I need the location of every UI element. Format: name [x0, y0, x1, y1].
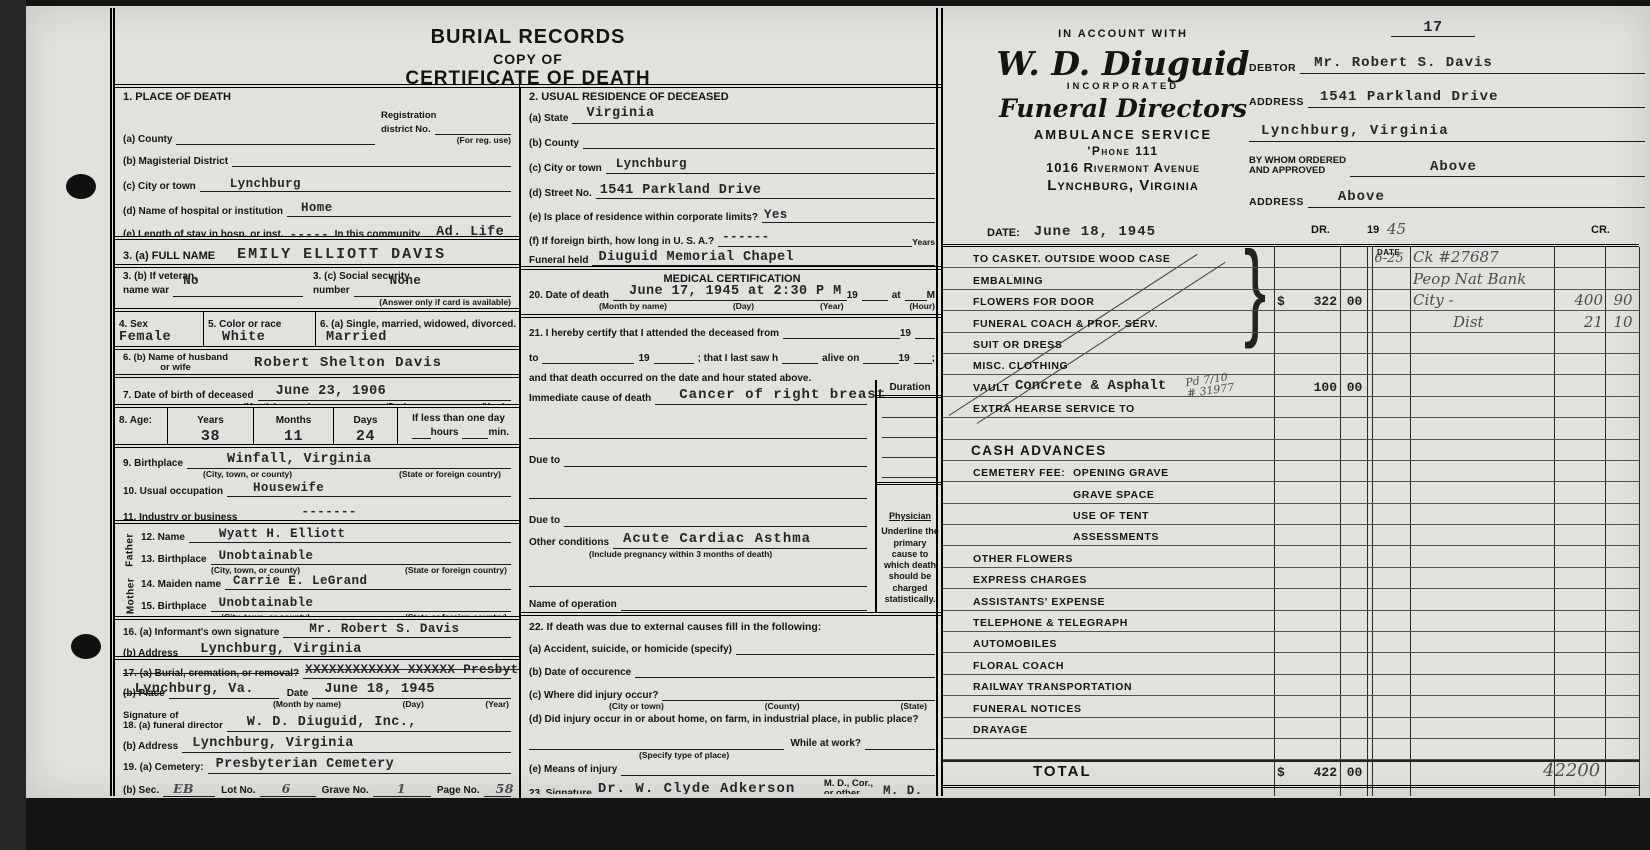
ledger-row-embalming: EMBALMING Peop Nat Bank — [943, 268, 1639, 289]
ledger-row-casket: TO CASKET. OUTSIDE WOOD CASE DATE 6-25 C… — [943, 247, 1639, 268]
ledger-row-suit: SUIT OR DRESS — [943, 333, 1639, 354]
injury-home-label: (d) Did injury occur in or about home, o… — [529, 714, 935, 726]
hand-entry-check: Ck #27687 — [1413, 248, 1553, 266]
section-parents: Father Mother 12. Name Wyatt H. Elliott … — [115, 524, 519, 620]
street-no-value: 1541 Parkland Drive — [600, 183, 762, 198]
ledger-row-cash-advances: CASH ADVANCES — [943, 440, 1639, 461]
mother-name-line: Carrie E. LeGrand — [225, 576, 511, 590]
certify-to-label: to — [529, 353, 538, 365]
scanned-burial-record: { "page_no": "17", "title": {"l1": "BURI… — [0, 0, 1650, 850]
title-copy-of: COPY OF — [115, 51, 941, 67]
vault-typed-value: Concrete & Asphalt — [1015, 378, 1166, 394]
funeral-account-card: 17 IN ACCOUNT WITH W. D. Diuguid INCORPO… — [936, 8, 1650, 796]
ledger-row-flowers: FLOWERS FOR DOOR $ 322 00 City - 400 90 — [943, 290, 1639, 311]
total-label: TOTAL — [1033, 763, 1092, 780]
dod-19: 19 — [847, 290, 858, 302]
debtor-address2-value: Lynchburg, Virginia — [1261, 123, 1449, 139]
ordered-by-line: Above — [1350, 163, 1645, 177]
ledger-table: } TO CASKET. OUTSIDE WOOD CASE DATE 6-25… — [943, 244, 1639, 796]
county-label: (a) County — [123, 134, 172, 146]
hours-line — [412, 425, 431, 439]
debtor-address-value: 1541 Parkland Drive — [1320, 89, 1499, 105]
city-or-town-line: Lynchburg — [200, 178, 511, 192]
min-line — [462, 425, 488, 439]
ledger-row-sublabel: ASSESSMENTS — [1073, 531, 1159, 543]
funeral-director-label: Signature of18. (a) funeral director — [123, 711, 223, 732]
state-value: Virginia — [586, 106, 654, 121]
external-causes-heading: 22. If death was due to external causes … — [529, 621, 935, 633]
certificate-left-column: 1. PLACE OF DEATH (a) County Registratio… — [115, 84, 519, 798]
street-label: 1016 Rivermont Avenue — [983, 160, 1263, 175]
ledger-row-funeral-notices: FUNERAL NOTICES — [943, 696, 1639, 717]
lot-line: 6 — [260, 783, 316, 797]
card-letterhead: IN ACCOUNT WITH W. D. Diuguid INCORPORAT… — [983, 28, 1263, 194]
age-label: 8. Age: — [119, 415, 152, 426]
dod-at: at — [892, 290, 901, 302]
ssn-hint: (Answer only if card is available) — [313, 297, 511, 307]
mother-bp-hint-state: (State or foreign country) — [405, 612, 507, 620]
ledger-row-railway: RAILWAY TRANSPORTATION — [943, 675, 1639, 696]
sec-value: EB — [173, 781, 194, 796]
occupation-value: Housewife — [253, 481, 324, 495]
father-side-label: Father — [124, 533, 135, 567]
age-years-label: Years — [197, 415, 224, 426]
ledger-row-label: TO CASKET. OUTSIDE WOOD CASE — [973, 253, 1170, 265]
while-at-work-line — [865, 736, 935, 750]
city-label: Lynchburg, Virginia — [983, 177, 1263, 194]
dod-hint-hour: (Hour) — [909, 301, 935, 311]
ledger-row-total: TOTAL $ 422 00 42200 — [943, 760, 1639, 788]
ledger-row-label: TELEPHONE & TELEGRAPH — [973, 617, 1128, 629]
burial-hint-year: (Year) — [485, 699, 509, 709]
cemetery-line: Presbyterian Cemetery — [208, 760, 511, 774]
ledger-row-label: AUTOMOBILES — [973, 638, 1057, 650]
duration-line — [882, 438, 938, 458]
ledger-rule — [1639, 247, 1640, 796]
other-extra-line — [529, 573, 867, 587]
full-name-label: 3. (a) FULL NAME — [123, 250, 215, 263]
certify-19c-line — [914, 350, 932, 364]
ledger-row-sublabel: USE OF TENT — [1073, 510, 1149, 522]
marital-value: Married — [326, 330, 516, 345]
dob-value: June 23, 1906 — [276, 384, 387, 399]
ambulance-service-label: AMBULANCE SERVICE — [983, 127, 1263, 142]
res-corporate-line: Yes — [762, 209, 935, 223]
industry-label: 11. Industry or business — [123, 512, 237, 524]
other-conditions-line: Acute Cardiac Asthma — [613, 535, 867, 549]
father-name-label: 12. Name — [141, 532, 185, 544]
fd-address-value: Lynchburg, Virginia — [192, 736, 354, 751]
pageno-label: Page No. — [437, 785, 480, 797]
father-birthplace-line: Unobtainable — [211, 551, 511, 565]
ledger-row-label: OTHER FLOWERS — [973, 553, 1073, 565]
cause-extra-line — [529, 425, 867, 439]
sex-label: 4. Sex — [119, 319, 148, 330]
funeral-director-line: W. D. Diuguid, Inc., — [227, 718, 511, 732]
section-sex-race-marital: 4. Sex Female 5. Color or race White 6. … — [115, 312, 519, 350]
for-reg-use-hint: (For reg. use) — [381, 135, 511, 145]
burial-line: XXXXXXXXXXXX XXXXXX Presbyterian — [303, 665, 511, 679]
ledger-row-automobiles: AUTOMOBILES — [943, 632, 1639, 653]
injury-hint-state: (State) — [901, 701, 927, 711]
ledger-row-floral-coach: FLORAL COACH — [943, 653, 1639, 674]
district-no-label: district No. — [381, 125, 431, 135]
total-cents: 00 — [1342, 765, 1367, 780]
industry-line: ------- — [241, 509, 511, 523]
ledger-row-drayage: DRAYAGE — [943, 718, 1639, 739]
registration-label: Registration — [381, 111, 511, 121]
sec-line: EB — [163, 783, 215, 797]
due-to-1-line — [564, 453, 867, 467]
occupation-label: 10. Usual occupation — [123, 486, 223, 498]
occurrence-date-line — [635, 664, 935, 678]
cr-cents-hand: 90 — [1607, 291, 1639, 309]
certify-alive-label: alive on — [822, 353, 859, 365]
ledger-row-telephone: TELEPHONE & TELEGRAPH — [943, 611, 1639, 632]
mother-side-label: Mother — [126, 578, 137, 614]
father-name-line: Wyatt H. Elliott — [189, 529, 511, 543]
age-days-label: Days — [354, 415, 378, 426]
informant-label: 16. (a) Informant's own signature — [123, 627, 279, 639]
section-usual-residence: 2. USUAL RESIDENCE OF DECEASED (a) State… — [521, 88, 943, 270]
magisterial-district-label: (b) Magisterial District — [123, 156, 228, 168]
operation-name-line — [621, 597, 867, 611]
signature-value: Dr. W. Clyde Adkerson — [598, 781, 795, 794]
foreign-birth-label: (f) If foreign birth, how long in U. S. … — [529, 236, 714, 248]
ledger-row-vault: VAULT Concrete & Asphalt Pd 7/10# 31977 … — [943, 375, 1639, 396]
occupation-line: Housewife — [227, 483, 511, 497]
ledger-row-coach: FUNERAL COACH & PROF. SERV. Dist 21 10 — [943, 311, 1639, 332]
debtor-value: Mr. Robert S. Davis — [1314, 55, 1493, 71]
document-paper: BURIAL RECORDS COPY OF CERTIFICATE OF DE… — [26, 6, 1650, 798]
ledger-row-label: SUIT OR DRESS — [973, 339, 1062, 351]
birthplace-hint-city: (City, town, or county) — [203, 469, 292, 479]
hospital-value: Home — [301, 201, 333, 215]
grave-label: Grave No. — [322, 785, 369, 797]
district-no-line — [435, 121, 511, 135]
res-corporate-value: Yes — [764, 208, 788, 222]
cause-of-death-value: Cancer of right breast — [679, 387, 886, 403]
duration-line — [882, 398, 938, 418]
burial-hint-month: (Month by name) — [273, 699, 341, 709]
ordered-address-line: Above — [1308, 194, 1645, 208]
burial-date-line: June 18, 1945 — [312, 685, 511, 699]
informant-address-value: Lynchburg, Virginia — [200, 642, 362, 657]
sex-value: Female — [119, 330, 199, 345]
res-county-label: (b) County — [529, 138, 579, 150]
dob-line: June 23, 1906 — [258, 387, 511, 401]
number-label: number — [313, 285, 350, 297]
section-medical-certification: MEDICAL CERTIFICATION 20. Date of death … — [521, 270, 943, 318]
age-years-value: 38 — [172, 428, 249, 445]
ordered-address-value: Above — [1338, 189, 1385, 205]
birthplace-hint-state: (State or foreign country) — [399, 469, 501, 479]
occurrence-date-label: (b) Date of occurence — [529, 667, 631, 679]
ledger-row-hearse: EXTRA HEARSE SERVICE TO — [943, 397, 1639, 418]
pageno-value: 58 — [496, 781, 514, 796]
veteran-label: 3. (b) If veteran, — [123, 271, 303, 283]
accident-label: (a) Accident, suicide, or homicide (spec… — [529, 644, 732, 656]
in-this-community-line: Ad. Life — [424, 226, 511, 240]
ledger-row-label: CEMETERY FEE: — [973, 467, 1065, 479]
certify-semi: ; — [932, 353, 935, 365]
in-account-with-label: IN ACCOUNT WITH — [983, 28, 1263, 40]
hours-label: hours — [431, 427, 459, 439]
burial-date-label: Date — [287, 688, 309, 700]
other-conditions-label: Other conditions — [529, 537, 609, 549]
funeral-held-label: Funeral held — [529, 255, 588, 267]
section-date-of-birth: 7. Date of birth of deceased June 23, 19… — [115, 378, 519, 408]
ledger-row-clothing: MISC. CLOTHING — [943, 354, 1639, 375]
certify-19c: 19 — [899, 353, 910, 365]
ledger-row-label: FLOWERS FOR DOOR — [973, 296, 1095, 308]
ledger-row-label: DRAYAGE — [973, 724, 1028, 736]
mother-birthplace-line: Unobtainable — [211, 598, 511, 612]
dod-hour-line — [905, 287, 927, 301]
injury-where-label: (c) Where did injury occur? — [529, 690, 658, 702]
ssn-value: None — [390, 274, 422, 288]
mother-birthplace-value: Unobtainable — [219, 596, 314, 610]
hand-entry-date: 6-25 — [1371, 251, 1407, 266]
certify-line2-label: and that death occurred on the date and … — [529, 373, 867, 385]
city-or-town-label: (c) City or town — [123, 181, 196, 193]
fd-address-line: Lynchburg, Virginia — [182, 739, 511, 753]
dr-cents: 00 — [1342, 294, 1367, 309]
state-line: Virginia — [572, 110, 935, 124]
injury-hint-city: (City or town) — [609, 701, 664, 711]
means-of-injury-line — [621, 762, 935, 776]
injury-place-line — [529, 736, 784, 750]
veteran-value: No — [183, 274, 199, 288]
in-this-community-label: In this community — [335, 229, 421, 240]
duration-line — [882, 458, 938, 478]
due-extra-line — [529, 485, 867, 499]
ledger-row-label: EXTRA HEARSE SERVICE TO — [973, 403, 1135, 415]
mother-name-label: 14. Maiden name — [141, 579, 221, 591]
date-of-death-value: June 17, 1945 at 2:30 P M — [629, 284, 842, 299]
certify-lastsaw-label: ; that I last saw h — [698, 353, 779, 365]
ledger-row-label: RAILWAY TRANSPORTATION — [973, 681, 1132, 693]
race-label: 5. Color or race — [208, 319, 281, 330]
section-veteran-ssn: 3. (b) If veteran, name war No 3. (c) So… — [115, 268, 519, 312]
lot-value: 6 — [282, 781, 291, 796]
father-birthplace-value: Unobtainable — [219, 549, 314, 563]
hand-entry-city: City - — [1413, 291, 1553, 309]
lot-label: Lot No. — [221, 785, 255, 797]
dob-hint-month: (Month by name) — [243, 401, 311, 408]
title-burial-records: BURIAL RECORDS — [115, 26, 941, 49]
while-at-work-label: While at work? — [790, 738, 861, 750]
dod-hint-year: (Year) — [820, 301, 844, 311]
ledger-row-sublabel: OPENING GRAVE — [1073, 467, 1169, 479]
res-city-line: Lynchburg — [606, 160, 935, 174]
min-label: min. — [488, 427, 509, 439]
state-label: (a) State — [529, 113, 568, 125]
duration-physician-sidebar: Duration Physician Underline the primary… — [875, 380, 943, 612]
burial-value: XXXXXXXXXXXX XXXXXX Presbyterian — [305, 663, 519, 677]
means-of-injury-label: (e) Means of injury — [529, 764, 617, 776]
cr-amount-hand: 400 — [1555, 291, 1603, 309]
due-to-1-label: Due to — [529, 455, 560, 467]
foreign-birth-years: Years — [912, 237, 935, 247]
duration-line — [882, 418, 938, 438]
ledger-row-blank — [943, 739, 1639, 760]
due-to-2-label: Due to — [529, 515, 560, 527]
ledger-row-assistants: ASSISTANTS' EXPENSE — [943, 589, 1639, 610]
ordered-by-label: BY WHOM ORDEREDAND APPROVED — [1249, 156, 1346, 177]
city-or-town-value: Lynchburg — [230, 177, 301, 191]
full-name-value: EMILY ELLIOTT DAVIS — [237, 246, 446, 263]
informant-address-line: Lynchburg, Virginia — [182, 645, 511, 659]
spouse-value: Robert Shelton Davis — [254, 355, 442, 371]
duration-header: Duration — [877, 380, 943, 398]
burial-hint-day: (Day) — [403, 699, 424, 709]
spouse-label: 6. (b) Name of husbandor wife — [123, 353, 228, 374]
burial-place-line: Lynchburg, Va. — [169, 685, 279, 699]
residence-heading: 2. USUAL RESIDENCE OF DECEASED — [529, 91, 935, 103]
ssn-line: None — [354, 283, 511, 297]
race-value: White — [222, 330, 311, 345]
informant-line: Mr. Robert S. Davis — [283, 624, 511, 638]
md-value: M. D. — [883, 784, 923, 794]
funeral-director-value: W. D. Diuguid, Inc., — [247, 715, 417, 730]
certify-to-line — [542, 350, 634, 364]
vault-paid-note: Pd 7/10# 31977 — [1185, 371, 1235, 399]
ordered-address-label: ADDRESS — [1249, 196, 1304, 208]
due-to-2-line — [564, 513, 867, 527]
operation-name-label: Name of operation — [529, 599, 617, 611]
ledger-row-use-of-tent: USE OF TENT — [943, 504, 1639, 525]
section-spouse: 6. (b) Name of husbandor wife Robert She… — [115, 350, 519, 378]
sec-label: (b) Sec. — [123, 785, 159, 797]
ledger-row-label: VAULT — [973, 382, 1009, 394]
father-name-value: Wyatt H. Elliott — [219, 527, 345, 541]
accident-line — [736, 641, 935, 655]
debtor-label: DEBTOR — [1249, 62, 1296, 74]
signature-line: Dr. W. Clyde Adkerson — [596, 785, 824, 794]
age-days-value: 24 — [338, 428, 393, 445]
signature-label: 23. Signature — [529, 788, 592, 794]
debtor-address-label: ADDRESS — [1249, 96, 1304, 108]
informant-address-label: (b) Address — [123, 648, 178, 660]
cemetery-value: Presbyterian Cemetery — [216, 757, 395, 772]
birthplace-line: Winfall, Virginia — [187, 455, 511, 469]
county-line — [176, 131, 375, 145]
pageno-line: 58 — [484, 783, 511, 797]
ledger-row-label: FUNERAL COACH & PROF. SERV. — [973, 318, 1158, 330]
certify-19a: 19 — [900, 328, 911, 340]
section-full-name: 3. (a) FULL NAME EMILY ELLIOTT DAVIS — [115, 240, 519, 268]
physician-note: Physician Underline the primary cause to… — [877, 482, 943, 605]
hospital-label: (d) Name of hospital or institution — [123, 206, 283, 218]
birthplace-value: Winfall, Virginia — [227, 452, 372, 467]
ledger-row-sublabel: GRAVE SPACE — [1073, 489, 1154, 501]
phone-label: 'Phone 111 — [983, 144, 1263, 158]
ledger-row-label: FUNERAL NOTICES — [973, 703, 1082, 715]
res-city-value: Lynchburg — [616, 157, 687, 171]
ledger-row-label: EXPRESS CHARGES — [973, 574, 1087, 586]
specify-place-hint: (Specify type of place) — [529, 750, 935, 760]
ledger-row-cemetery-fee: CEMETERY FEE: OPENING GRAVE — [943, 461, 1639, 482]
certify-from-line — [783, 325, 900, 339]
section-birthplace-occupation: 9. Birthplace Winfall, Virginia (City, t… — [115, 448, 519, 524]
certificate-middle-column: 2. USUAL RESIDENCE OF DECEASED (a) State… — [519, 84, 943, 798]
age-months-label: Months — [276, 415, 312, 426]
md-cor-label: M. D., Cor.,or other — [824, 779, 873, 794]
physician-label: Physician — [880, 511, 940, 522]
informant-value: Mr. Robert S. Davis — [309, 622, 459, 636]
industry-value: ------- — [301, 505, 356, 519]
debtor-line: Mr. Robert S. Davis — [1300, 60, 1645, 74]
cr-amount-hand: 21 — [1555, 313, 1603, 331]
punch-hole-top — [66, 174, 96, 199]
cr-cents-hand: 10 — [1607, 313, 1639, 331]
certificate-of-death: BURIAL RECORDS COPY OF CERTIFICATE OF DE… — [110, 8, 941, 796]
cr-label: CR. — [1591, 224, 1610, 236]
hospital-line: Home — [287, 203, 511, 217]
certify-19a-line — [915, 325, 935, 339]
ledger-page-number-value: 17 — [1423, 19, 1442, 36]
dr-cr-header: DR. 19 45 CR. — [943, 224, 1643, 242]
ledger-row-label: MISC. CLOTHING — [973, 360, 1068, 372]
ledger-row-assessments: ASSESSMENTS — [943, 525, 1639, 546]
ledger-row-label: EMBALMING — [973, 275, 1043, 287]
section-informant: 16. (a) Informant's own signature Mr. Ro… — [115, 620, 519, 660]
father-birthplace-label: 13. Birthplace — [141, 554, 207, 566]
burial-place-value: Lynchburg, Va. — [135, 682, 254, 697]
dr-cents: 00 — [1342, 380, 1367, 395]
certify-19b: 19 — [638, 353, 649, 365]
ordered-by-value: Above — [1430, 159, 1477, 175]
certify-line1-label: 21. I hereby certify that I attended the… — [529, 328, 779, 340]
dob-hint-year: (Year) — [481, 401, 505, 408]
funeral-held-line: Diuguid Memorial Chapel — [592, 252, 935, 266]
length-of-stay-label: (e) Length of stay in hosp. or inst. — [123, 229, 284, 240]
date-of-death-line: June 17, 1945 at 2:30 P M — [613, 287, 847, 301]
in-this-community-value: Ad. Life — [436, 225, 504, 240]
res-county-line — [583, 135, 935, 149]
res-city-label: (c) City or town — [529, 163, 602, 175]
dod-m: M — [927, 290, 935, 302]
foreign-birth-line: ------ — [718, 233, 912, 247]
md-line: M. D. — [877, 785, 935, 794]
fd-address-label: (b) Address — [123, 741, 178, 753]
debtor-address-line: 1541 Parkland Drive — [1308, 94, 1645, 108]
physician-instruction: Underline the primary cause to which dea… — [881, 526, 939, 604]
ledger-row-label: FLORAL COACH — [973, 660, 1064, 672]
age-months-value: 11 — [258, 428, 329, 445]
certificate-title: BURIAL RECORDS COPY OF CERTIFICATE OF DE… — [115, 26, 941, 90]
ledger-row-other-flowers: OTHER FLOWERS — [943, 546, 1639, 567]
debtor-block: DEBTOR Mr. Robert S. Davis ADDRESS 1541 … — [1249, 46, 1645, 208]
birthplace-label: 9. Birthplace — [123, 458, 183, 470]
total-cr-hand: 42200 — [1543, 760, 1633, 781]
cemetery-label: 19. (a) Cemetery: — [123, 762, 204, 774]
ledger-row-blank — [943, 418, 1639, 439]
foreign-birth-value: ------ — [722, 230, 769, 244]
date-of-death-label: 20. Date of death — [529, 290, 609, 302]
pregnancy-hint: (Include pregnancy within 3 months of de… — [529, 549, 867, 559]
year-printed: 19 — [1367, 224, 1379, 236]
father-bp-hint-state: (State or foreign country) — [405, 565, 507, 575]
mother-birthplace-label: 15. Birthplace — [141, 601, 207, 613]
dr-amount: 100 — [1291, 380, 1337, 395]
length-of-stay-value: ----- — [290, 228, 330, 240]
funeral-held-value: Diuguid Memorial Chapel — [598, 250, 794, 265]
cause-of-death-label: Immediate cause of death — [529, 393, 651, 405]
dod-year-line — [862, 287, 888, 301]
ledger-page-number: 17 — [1391, 18, 1475, 37]
